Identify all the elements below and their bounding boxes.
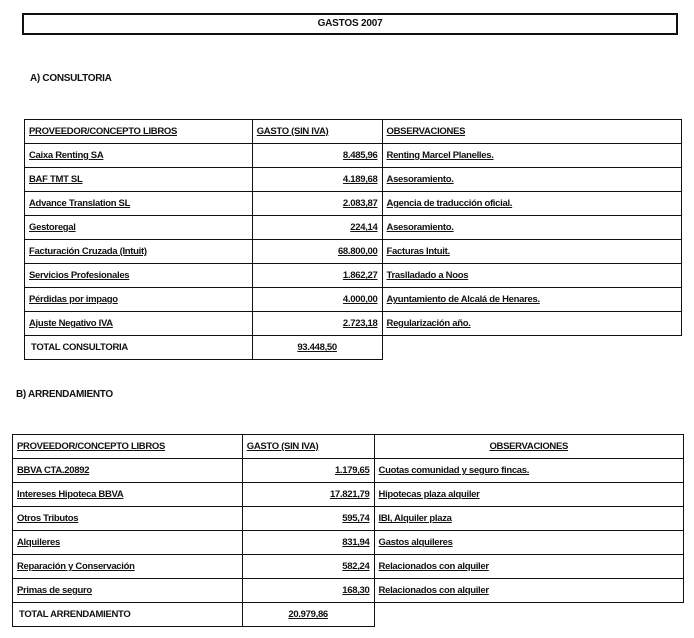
table-row: Alquileres831,94Gastos alquileres xyxy=(13,531,684,555)
concept-cell: Alquileres xyxy=(13,531,243,555)
notes-cell: IBI, Alquiler plaza xyxy=(374,507,683,531)
total-notes-empty xyxy=(382,336,681,360)
arrendamiento-table: PROVEEDOR/CONCEPTO LIBROS GASTO (SIN IVA… xyxy=(12,434,684,627)
column-header-amount: GASTO (SIN IVA) xyxy=(242,435,374,459)
notes-cell: Facturas Intuit. xyxy=(382,240,681,264)
total-label: TOTAL ARRENDAMIENTO xyxy=(13,603,243,627)
notes-cell: Relacionados con alquiler xyxy=(374,555,683,579)
section-heading-consultoria: A) CONSULTORIA xyxy=(30,73,112,84)
total-value: 93.448,50 xyxy=(252,336,382,360)
amount-cell: 68.800,00 xyxy=(252,240,382,264)
concept-cell: Ajuste Negativo IVA xyxy=(25,312,253,336)
amount-cell: 4.189,68 xyxy=(252,168,382,192)
amount-cell: 1.862,27 xyxy=(252,264,382,288)
amount-cell: 17.821,79 xyxy=(242,483,374,507)
total-value: 20.979,86 xyxy=(242,603,374,627)
notes-cell: Asesoramiento. xyxy=(382,168,681,192)
notes-cell: Ayuntamiento de Alcalá de Henares. xyxy=(382,288,681,312)
total-row: TOTAL CONSULTORIA93.448,50 xyxy=(25,336,682,360)
notes-cell: Cuotas comunidad y seguro fincas. xyxy=(374,459,683,483)
table-row: BAF TMT SL4.189,68Asesoramiento. xyxy=(25,168,682,192)
concept-cell: Intereses Hipoteca BBVA xyxy=(13,483,243,507)
amount-cell: 8.485,96 xyxy=(252,144,382,168)
table-row: Ajuste Negativo IVA2.723,18Regularizació… xyxy=(25,312,682,336)
amount-cell: 2.723,18 xyxy=(252,312,382,336)
column-header-concept: PROVEEDOR/CONCEPTO LIBROS xyxy=(25,120,253,144)
column-header-concept: PROVEEDOR/CONCEPTO LIBROS xyxy=(13,435,243,459)
column-header-notes: OBSERVACIONES xyxy=(382,120,681,144)
table-row: Intereses Hipoteca BBVA17.821,79Hipoteca… xyxy=(13,483,684,507)
table-row: Reparación y Conservación582,24Relaciona… xyxy=(13,555,684,579)
table-row: Caixa Renting SA8.485,96Renting Marcel P… xyxy=(25,144,682,168)
notes-cell: Regularización año. xyxy=(382,312,681,336)
concept-cell: Pérdidas por impago xyxy=(25,288,253,312)
notes-cell: Relacionados con alquiler xyxy=(374,579,683,603)
consultoria-table: PROVEEDOR/CONCEPTO LIBROS GASTO (SIN IVA… xyxy=(24,119,682,360)
table-row: Servicios Profesionales1.862,27Trasllada… xyxy=(25,264,682,288)
amount-cell: 168,30 xyxy=(242,579,374,603)
section-heading-arrendamiento: B) ARRENDAMIENTO xyxy=(16,389,113,400)
document-title: GASTOS 2007 xyxy=(22,13,678,35)
total-notes-empty xyxy=(374,603,683,627)
column-header-amount: GASTO (SIN IVA) xyxy=(252,120,382,144)
amount-cell: 582,24 xyxy=(242,555,374,579)
concept-cell: Primas de seguro xyxy=(13,579,243,603)
notes-cell: Agencia de traducción oficial. xyxy=(382,192,681,216)
amount-cell: 595,74 xyxy=(242,507,374,531)
table-row: Gestoregal224,14Asesoramiento. xyxy=(25,216,682,240)
concept-cell: BAF TMT SL xyxy=(25,168,253,192)
amount-cell: 1.179,65 xyxy=(242,459,374,483)
table-row: BBVA CTA.208921.179,65Cuotas comunidad y… xyxy=(13,459,684,483)
table-header-row: PROVEEDOR/CONCEPTO LIBROS GASTO (SIN IVA… xyxy=(13,435,684,459)
concept-cell: Servicios Profesionales xyxy=(25,264,253,288)
amount-cell: 224,14 xyxy=(252,216,382,240)
concept-cell: Otros Tributos xyxy=(13,507,243,531)
table-header-row: PROVEEDOR/CONCEPTO LIBROS GASTO (SIN IVA… xyxy=(25,120,682,144)
concept-cell: Caixa Renting SA xyxy=(25,144,253,168)
amount-cell: 2.083,87 xyxy=(252,192,382,216)
concept-cell: Advance Translation SL xyxy=(25,192,253,216)
concept-cell: BBVA CTA.20892 xyxy=(13,459,243,483)
table-row: Advance Translation SL2.083,87Agencia de… xyxy=(25,192,682,216)
amount-cell: 831,94 xyxy=(242,531,374,555)
total-label: TOTAL CONSULTORIA xyxy=(25,336,253,360)
table-row: Pérdidas por impago4.000,00Ayuntamiento … xyxy=(25,288,682,312)
notes-cell: Gastos alquileres xyxy=(374,531,683,555)
notes-cell: Renting Marcel Planelles. xyxy=(382,144,681,168)
concept-cell: Facturación Cruzada (Intuit) xyxy=(25,240,253,264)
amount-cell: 4.000,00 xyxy=(252,288,382,312)
notes-cell: Asesoramiento. xyxy=(382,216,681,240)
total-row: TOTAL ARRENDAMIENTO20.979,86 xyxy=(13,603,684,627)
table-row: Primas de seguro168,30Relacionados con a… xyxy=(13,579,684,603)
table-row: Facturación Cruzada (Intuit)68.800,00Fac… xyxy=(25,240,682,264)
concept-cell: Gestoregal xyxy=(25,216,253,240)
notes-cell: Traslladado a Noos xyxy=(382,264,681,288)
table-row: Otros Tributos595,74IBI, Alquiler plaza xyxy=(13,507,684,531)
concept-cell: Reparación y Conservación xyxy=(13,555,243,579)
column-header-notes: OBSERVACIONES xyxy=(374,435,683,459)
notes-cell: Hipotecas plaza alquiler xyxy=(374,483,683,507)
